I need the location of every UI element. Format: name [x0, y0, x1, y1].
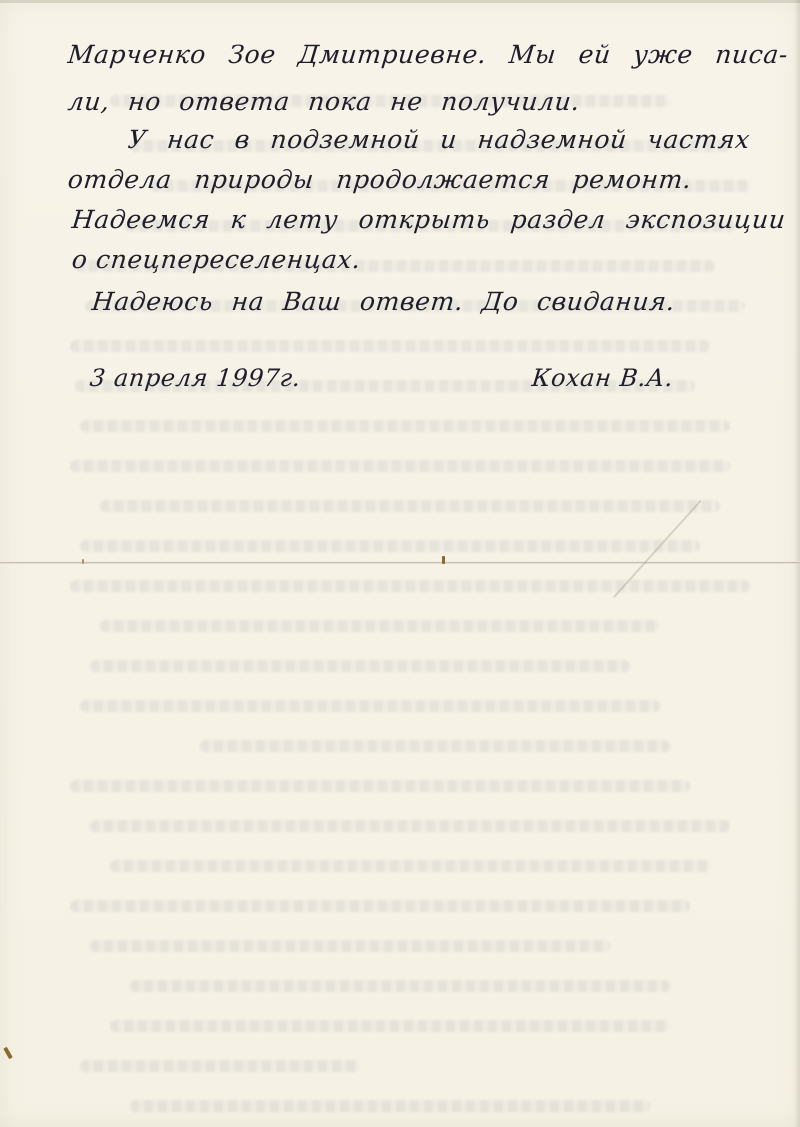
- letter-page: Марченко Зое Дмитриевне. Мы ей уже писа-…: [0, 0, 800, 1127]
- closing-line: Надеюсь на Ваш ответ. До свидания.: [90, 287, 676, 316]
- letter-line: Надеемся к лету открыть раздел экспозици…: [70, 205, 787, 234]
- letter-signature: Кохан В.А.: [531, 364, 675, 392]
- letter-line: о спецпереселенцах.: [70, 245, 362, 274]
- letter-line: отдела природы продолжается ремонт.: [66, 165, 693, 194]
- letter-line: ли, но ответа пока не получили.: [66, 87, 581, 116]
- letter-date: 3 апреля 1997г.: [89, 364, 303, 392]
- letter-line: У нас в подземной и надземной частях: [126, 125, 751, 154]
- letter-line: Марченко Зое Дмитриевне. Мы ей уже писа-: [66, 40, 789, 69]
- letter-text: Марченко Зое Дмитриевне. Мы ей уже писа-…: [0, 0, 800, 1127]
